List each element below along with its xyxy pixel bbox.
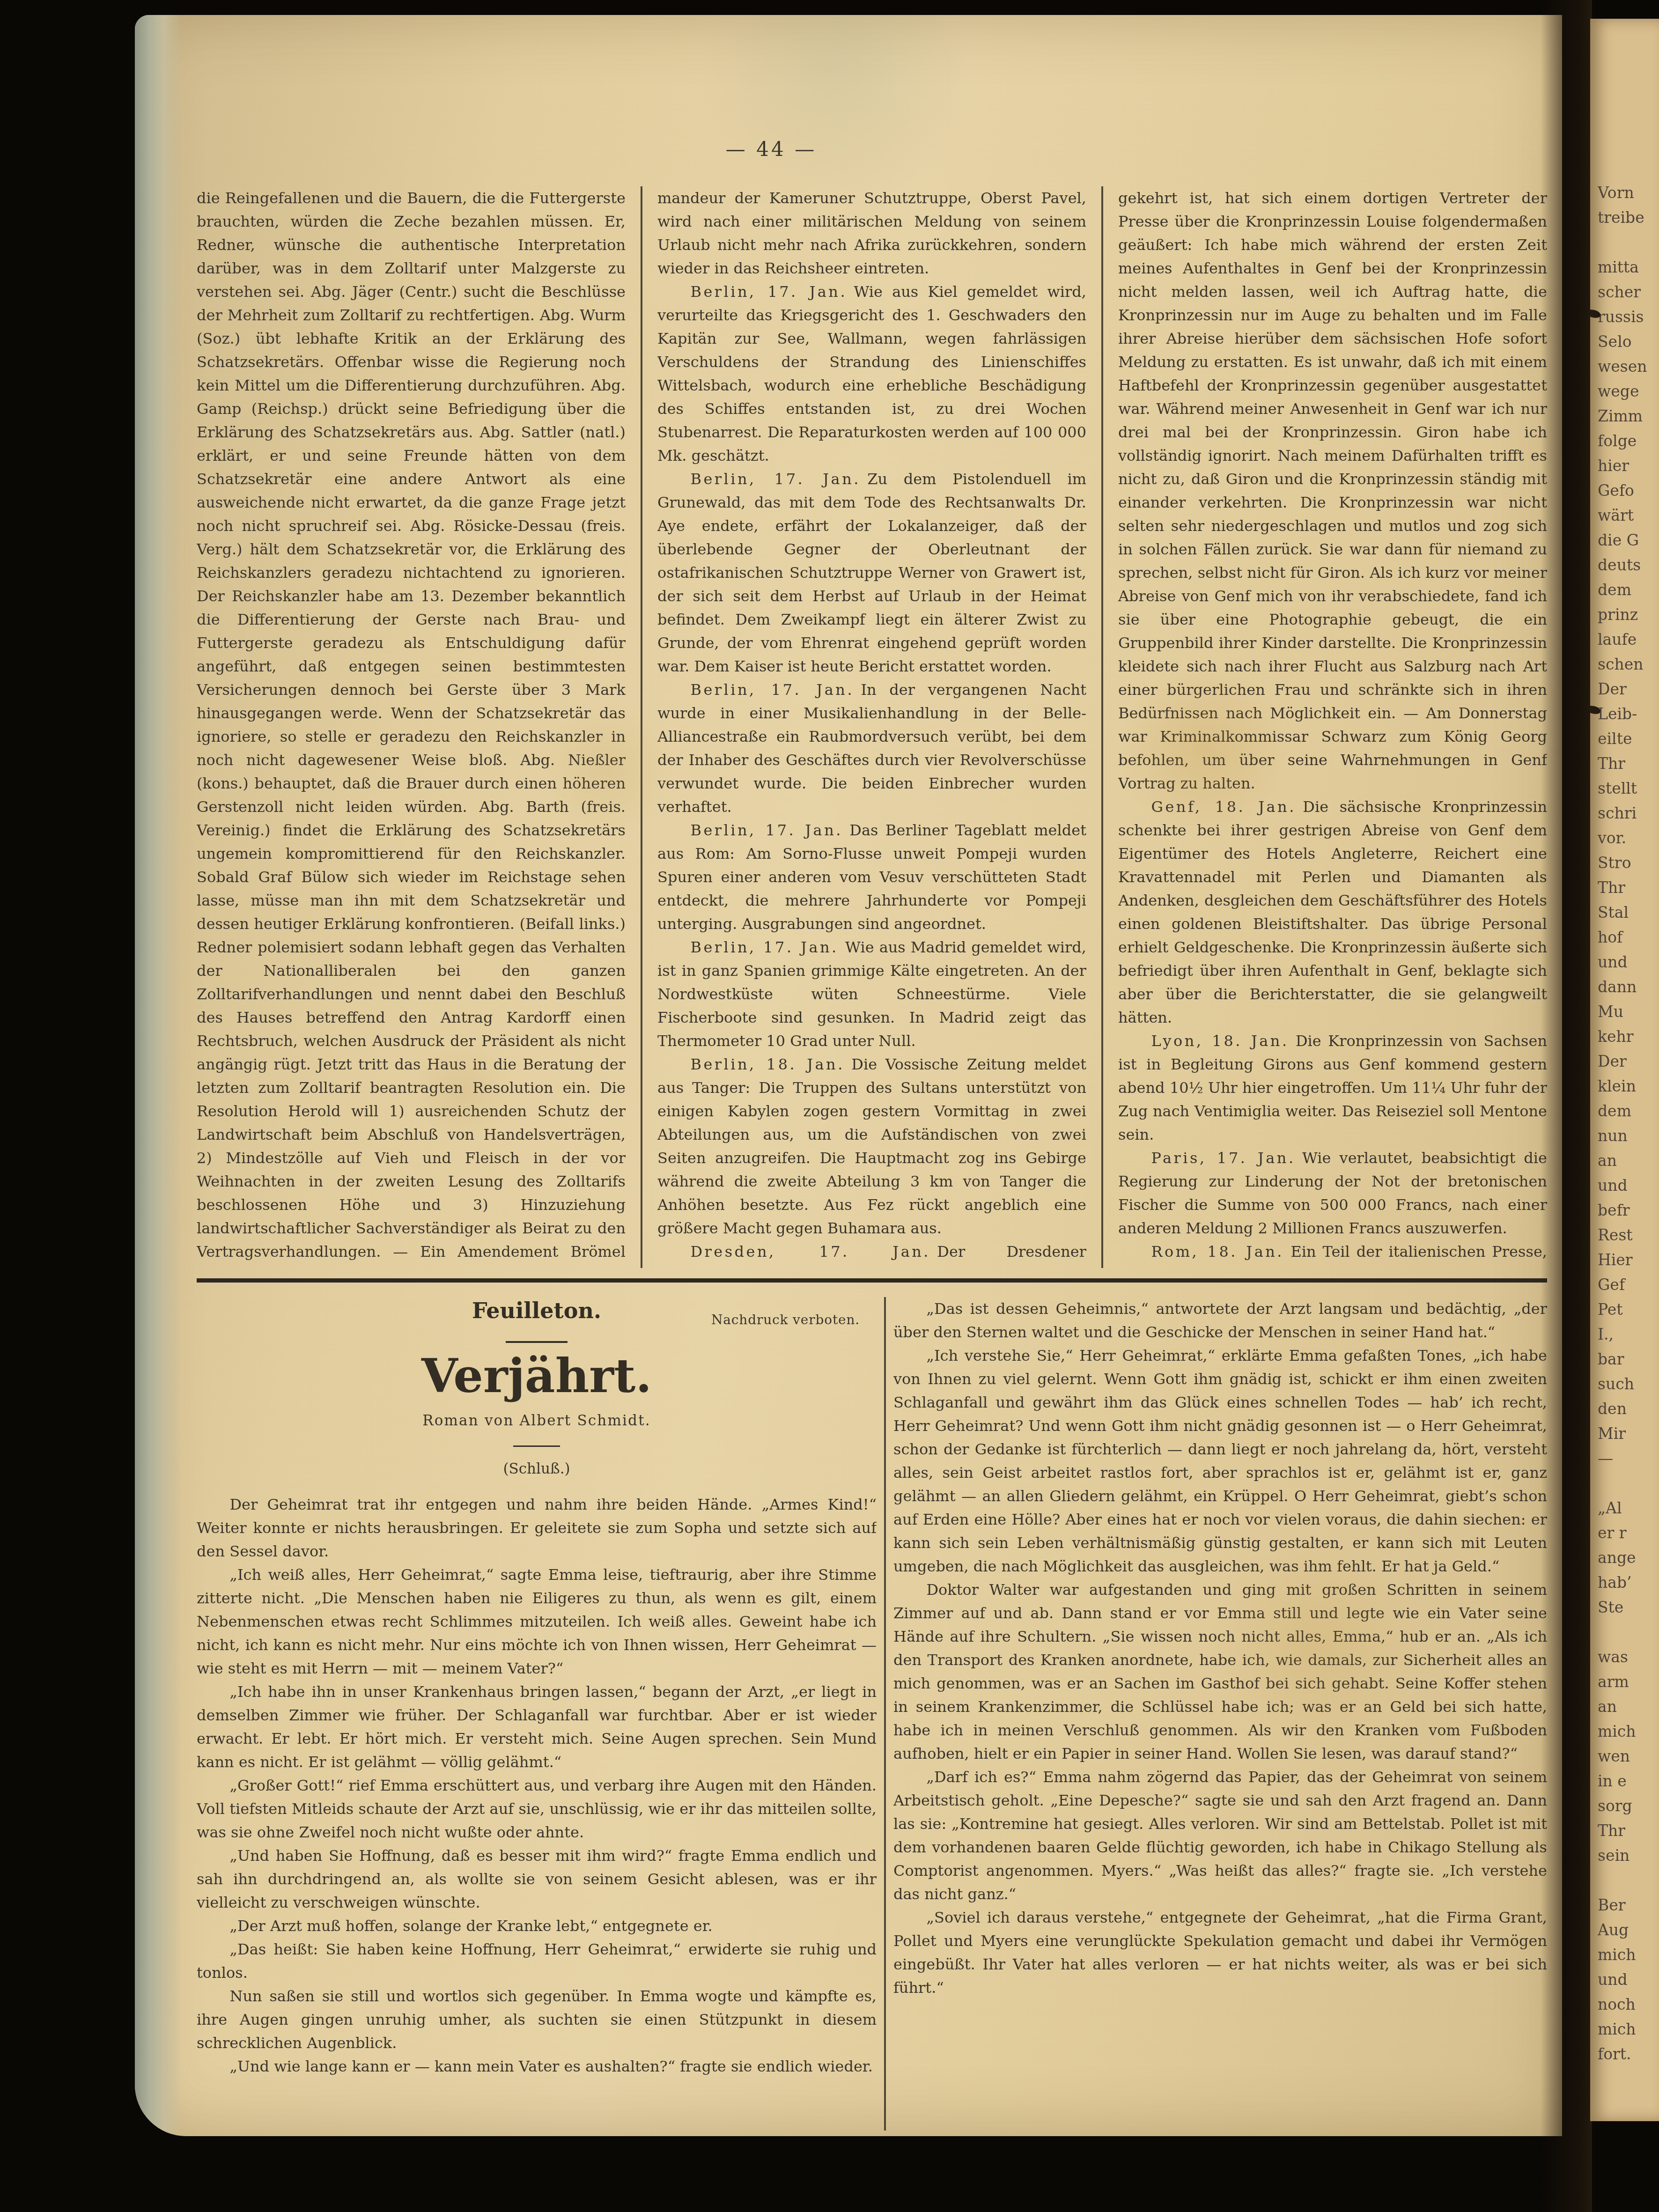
text-fragment: Thr xyxy=(1598,754,1659,779)
dateline: Lyon, 18. Jan. xyxy=(1151,1032,1289,1050)
text-fragment: Mir xyxy=(1598,1424,1659,1449)
news-section: die Reingefallenen und die Bauern, die d… xyxy=(197,186,1547,1268)
text-fragment: Thr xyxy=(1598,878,1659,903)
story-paragraph: „Großer Gott!“ rief Emma erschüttert aus… xyxy=(197,1774,877,1844)
text-fragment: schen xyxy=(1598,655,1659,680)
text-fragment: Gefo xyxy=(1598,481,1659,506)
text-fragment: und xyxy=(1598,1176,1659,1201)
news-column-1: die Reingefallenen und die Bauern, die d… xyxy=(197,186,626,1268)
novel-title: Verjährt. xyxy=(197,1351,877,1401)
news-item: Paris, 17. Jan.Wie verlautet, beabsichti… xyxy=(1118,1146,1547,1240)
column-divider xyxy=(884,1297,886,2131)
text-fragment: mich xyxy=(1598,1722,1659,1747)
news-column-2: mandeur der Kameruner Schutztruppe, Ober… xyxy=(657,186,1086,1268)
text-fragment: wesen xyxy=(1598,357,1659,382)
text-fragment: und xyxy=(1598,953,1659,978)
news-item: Berlin, 17. Jan.Wie aus Kiel gemeldet wi… xyxy=(657,280,1086,467)
dateline: Genf, 18. Jan. xyxy=(1151,798,1296,816)
story-paragraph: „Ich habe ihn in unser Krankenhaus bring… xyxy=(197,1680,877,1774)
text-fragment: „Al xyxy=(1598,1499,1659,1524)
dateline: Berlin, 17. Jan. xyxy=(690,283,847,301)
text-fragment: Thr xyxy=(1598,1821,1659,1846)
text-fragment: wen xyxy=(1598,1747,1659,1772)
next-page-sliver: VorntreibemittascherrussisSelowesenwegeZ… xyxy=(1590,19,1659,2121)
news-item: Dresden, 17. Jan.Der Dresdener Kriminalk… xyxy=(657,1240,1086,1268)
text-fragment: Stro xyxy=(1598,854,1659,878)
text-fragment: er r xyxy=(1598,1524,1659,1548)
news-item: Lyon, 18. Jan.Die Kronprinzessin von Sac… xyxy=(1118,1029,1547,1146)
news-item: Berlin, 17. Jan.Wie aus Madrid gemeldet … xyxy=(657,936,1086,1053)
news-item: Berlin, 17. Jan.In der vergangenen Nacht… xyxy=(657,678,1086,818)
text-fragment: sein xyxy=(1598,1846,1659,1871)
text-fragment: — xyxy=(1598,1449,1659,1474)
story-paragraph: „Ich verstehe Sie,“ Herr Geheimrat,“ erk… xyxy=(893,1344,1547,1578)
news-paragraph: mandeur der Kameruner Schutztruppe, Ober… xyxy=(657,186,1086,280)
dateline: Berlin, 18. Jan. xyxy=(690,1055,844,1073)
news-paragraph: gekehrt ist, hat sich einem dortigen Ver… xyxy=(1118,186,1547,795)
book-fore-edge xyxy=(135,15,182,2136)
text-fragment: und xyxy=(1598,1970,1659,1995)
dateline: Dresden, 17. Jan. xyxy=(690,1243,930,1261)
story-text-left: Der Geheimrat trat ihr entgegen und nahm… xyxy=(197,1493,877,2078)
feuilleton-section: Feuilleton. Nachdruck verboten. Verjährt… xyxy=(197,1297,1547,2131)
text-fragment: stellt xyxy=(1598,779,1659,804)
text-fragment xyxy=(1598,233,1659,258)
text-fragment: sorg xyxy=(1598,1797,1659,1821)
text-fragment: Rest xyxy=(1598,1226,1659,1251)
story-paragraph: „Soviel ich daraus verstehe,“ entgegnete… xyxy=(893,1906,1547,1999)
text-fragment: fort. xyxy=(1598,2045,1659,2070)
text-fragment: Ber xyxy=(1598,1896,1659,1921)
feuilleton-header: Feuilleton. Nachdruck verboten. xyxy=(197,1299,877,1330)
story-paragraph: Nun saßen sie still und wortlos sich geg… xyxy=(197,1984,877,2055)
scanned-newspaper-spread: — 44 — die Reingefallenen und die Bauern… xyxy=(0,0,1659,2212)
text-fragment: schri xyxy=(1598,804,1659,829)
page-number: — 44 — xyxy=(135,138,1485,161)
text-fragment: in e xyxy=(1598,1772,1659,1797)
text-fragment: Der xyxy=(1598,680,1659,705)
text-fragment: folge xyxy=(1598,432,1659,457)
news-item: Berlin, 17. Jan.Zu dem Pistolenduell im … xyxy=(657,467,1086,678)
news-body: Die Vossische Zeitung meldet aus Tanger:… xyxy=(657,1055,1086,1237)
text-fragment: Zimm xyxy=(1598,407,1659,432)
text-fragment: befr xyxy=(1598,1201,1659,1226)
text-fragment: laufe xyxy=(1598,630,1659,655)
feuilleton-column-right: „Das ist dessen Geheimnis,“ antwortete d… xyxy=(893,1297,1547,2131)
text-fragment: was xyxy=(1598,1648,1659,1673)
copyright-note: Nachdruck verboten. xyxy=(711,1308,860,1332)
story-paragraph: Der Geheimrat trat ihr entgegen und nahm… xyxy=(197,1493,877,1563)
text-fragment xyxy=(1598,1623,1659,1648)
text-fragment: deuts xyxy=(1598,556,1659,581)
news-body: In der vergangenen Nacht wurde in einer … xyxy=(657,681,1086,816)
ornament-rule xyxy=(506,1341,568,1343)
text-fragment: ange xyxy=(1598,1548,1659,1573)
text-fragment: Leib- xyxy=(1598,705,1659,730)
story-paragraph: „Und wie lange kann er — kann mein Vater… xyxy=(197,2055,877,2078)
dateline: Paris, 17. Jan. xyxy=(1151,1149,1295,1167)
text-fragment: mich xyxy=(1598,1946,1659,1970)
text-fragment: Stal xyxy=(1598,903,1659,928)
text-fragment: scher xyxy=(1598,283,1659,308)
text-fragment: mich xyxy=(1598,2020,1659,2045)
text-fragment: Hier xyxy=(1598,1251,1659,1276)
text-fragment: dem xyxy=(1598,581,1659,605)
text-fragment: die G xyxy=(1598,531,1659,556)
dateline: Berlin, 17. Jan. xyxy=(690,681,854,699)
text-fragment: wege xyxy=(1598,382,1659,407)
news-item: Genf, 18. Jan.Die sächsische Kronprinzes… xyxy=(1118,795,1547,1029)
text-fragment: mitta xyxy=(1598,258,1659,283)
dateline: Rom, 18. Jan. xyxy=(1151,1243,1284,1261)
text-fragment xyxy=(1598,1871,1659,1896)
text-fragment: an xyxy=(1598,1697,1659,1722)
feuilleton-separator-rule xyxy=(197,1278,1547,1283)
text-fragment: Der xyxy=(1598,1052,1659,1077)
column-divider xyxy=(1101,186,1103,1268)
text-fragment: Pet xyxy=(1598,1300,1659,1325)
text-fragment: Selo xyxy=(1598,332,1659,357)
story-paragraph: „Darf ich es?“ Emma nahm zögernd das Pap… xyxy=(893,1765,1547,1906)
page-gutter-shadow xyxy=(1541,0,1592,2212)
text-fragment: prinz xyxy=(1598,605,1659,630)
news-item: Berlin, 18. Jan.Die Vossische Zeitung me… xyxy=(657,1053,1086,1240)
news-paragraph: die Reingefallenen und die Bauern, die d… xyxy=(197,186,626,1268)
text-fragment: treibe xyxy=(1598,208,1659,233)
text-fragment: an xyxy=(1598,1151,1659,1176)
next-page-text-fragments: VorntreibemittascherrussisSelowesenwegeZ… xyxy=(1590,19,1659,2070)
story-paragraph: „Ich weiß alles, Herr Geheimrat,“ sagte … xyxy=(197,1563,877,1680)
news-body: Zu dem Pistolenduell im Grunewald, das m… xyxy=(657,470,1086,675)
text-fragment: bar xyxy=(1598,1350,1659,1375)
text-fragment: dem xyxy=(1598,1102,1659,1127)
novel-byline: Roman von Albert Schmidt. xyxy=(197,1409,877,1432)
text-fragment: I., xyxy=(1598,1325,1659,1350)
news-item: Berlin, 17. Jan.Das Berliner Tageblatt m… xyxy=(657,818,1086,936)
text-fragment: Vorn xyxy=(1598,184,1659,208)
text-fragment: Gef xyxy=(1598,1276,1659,1300)
dateline: Berlin, 17. Jan. xyxy=(690,470,861,488)
story-paragraph: Doktor Walter war aufgestanden und ging … xyxy=(893,1578,1547,1765)
text-fragment xyxy=(1598,1474,1659,1499)
story-paragraph: „Das heißt: Sie haben keine Hoffnung, He… xyxy=(197,1938,877,1984)
text-fragment: Mu xyxy=(1598,1003,1659,1027)
story-paragraph: „Der Arzt muß hoffen, solange der Kranke… xyxy=(197,1914,877,1938)
story-text-right: „Das ist dessen Geheimnis,“ antwortete d… xyxy=(893,1297,1547,1999)
dateline: Berlin, 17. Jan. xyxy=(690,938,838,956)
feuilleton-column-left: Feuilleton. Nachdruck verboten. Verjährt… xyxy=(197,1297,877,2131)
news-body: Die sächsische Kronprinzessin schenkte b… xyxy=(1118,798,1547,1026)
text-fragment: klein xyxy=(1598,1077,1659,1102)
text-fragment: noch xyxy=(1598,1995,1659,2020)
text-fragment: hab’ xyxy=(1598,1573,1659,1598)
dateline: Berlin, 17. Jan. xyxy=(690,821,842,839)
text-fragment: wärt xyxy=(1598,506,1659,531)
ornament-rule xyxy=(513,1445,560,1447)
text-fragment: dann xyxy=(1598,978,1659,1003)
text-fragment: russis xyxy=(1598,308,1659,332)
story-paragraph: „Und haben Sie Hoffnung, daß es besser m… xyxy=(197,1844,877,1914)
text-fragment: den xyxy=(1598,1400,1659,1424)
installment-note: (Schluß.) xyxy=(197,1457,877,1481)
text-fragment: hier xyxy=(1598,457,1659,481)
text-fragment: hof xyxy=(1598,928,1659,953)
news-column-3: gekehrt ist, hat sich einem dortigen Ver… xyxy=(1118,186,1547,1268)
news-body: Wie aus Kiel gemeldet wird, verurteilte … xyxy=(657,283,1086,465)
text-fragment: eilte xyxy=(1598,730,1659,754)
news-item: Rom, 18. Jan.Ein Teil der italienischen … xyxy=(1118,1240,1547,1268)
text-fragment: such xyxy=(1598,1375,1659,1400)
column-divider xyxy=(641,186,642,1268)
text-fragment: Aug xyxy=(1598,1921,1659,1946)
text-fragment: nun xyxy=(1598,1127,1659,1151)
story-paragraph: „Das ist dessen Geheimnis,“ antwortete d… xyxy=(893,1297,1547,1344)
text-fragment: vor. xyxy=(1598,829,1659,854)
newspaper-page: — 44 — die Reingefallenen und die Bauern… xyxy=(135,15,1562,2136)
text-fragment: arm xyxy=(1598,1673,1659,1697)
text-fragment: Ste xyxy=(1598,1598,1659,1623)
text-fragment: kehr xyxy=(1598,1027,1659,1052)
